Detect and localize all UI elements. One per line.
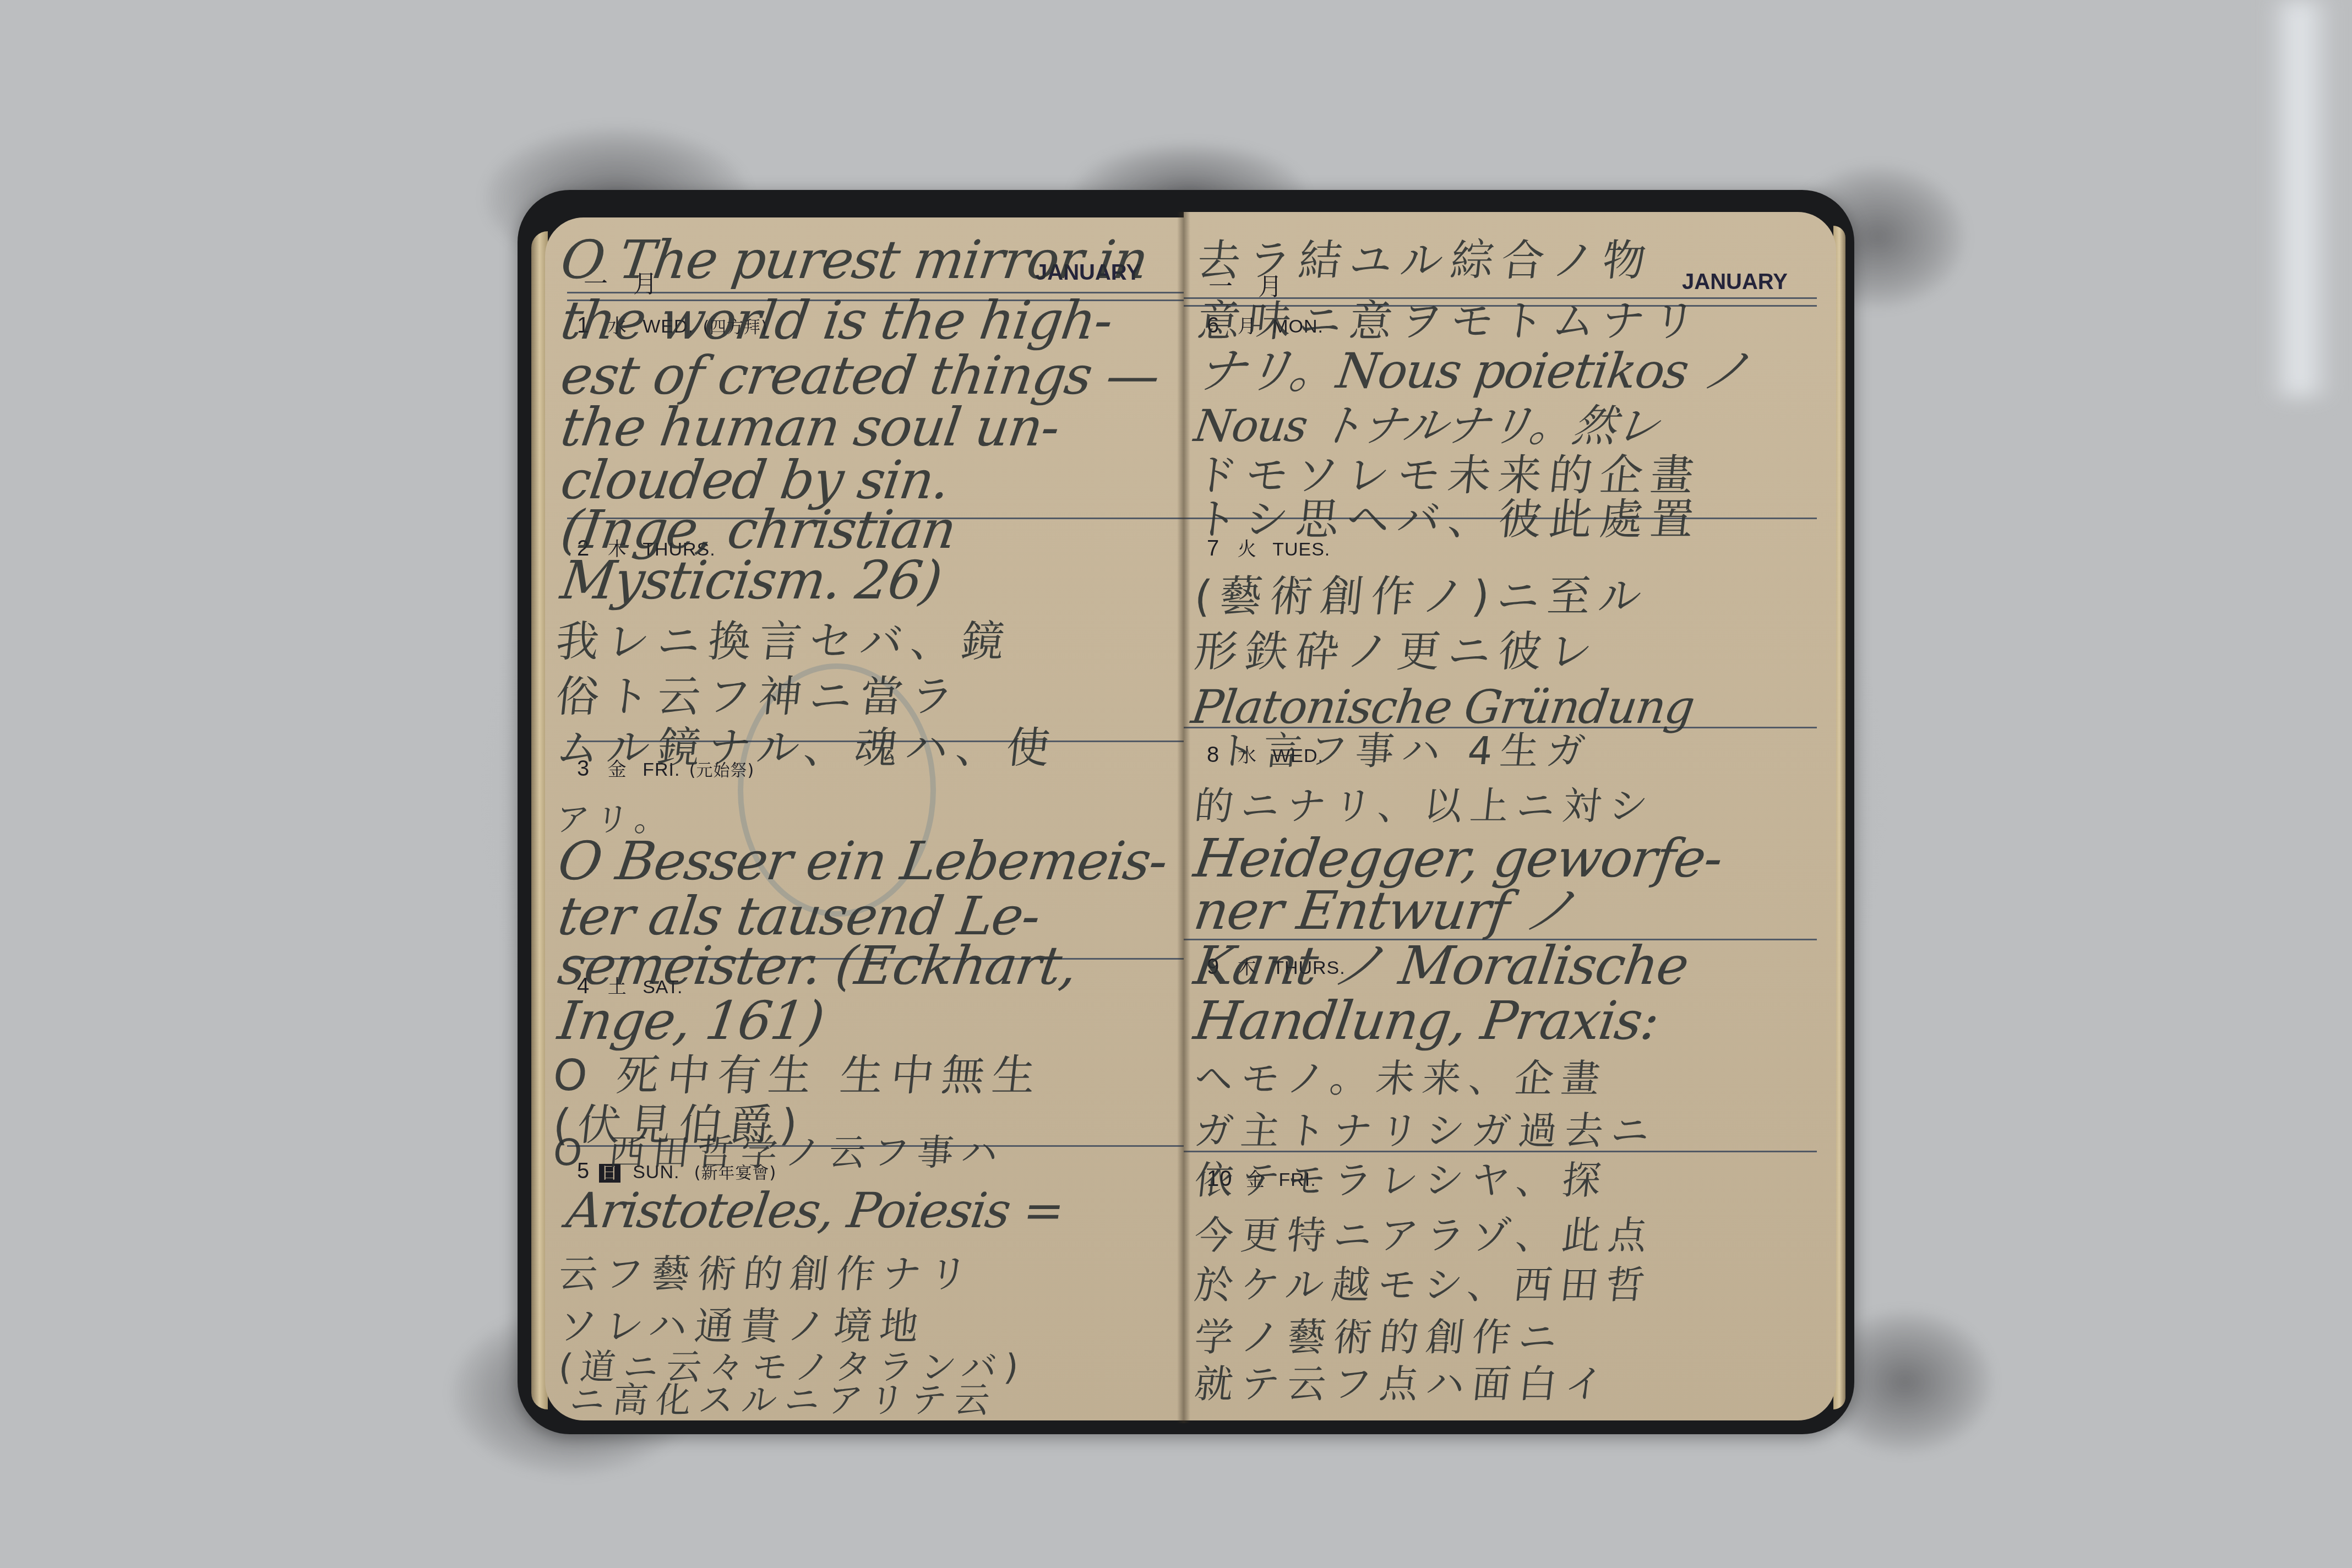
handwritten-line: Aristoteles, Poiesis =	[563, 1178, 1068, 1243]
handwritten-line: トシ思ヘバ、彼此處置	[1191, 487, 1705, 552]
light-glare	[2268, 0, 2334, 396]
handwritten-line: Handlung, Praxis:	[1190, 988, 1663, 1053]
right-diary-page: 一 月 JANUARY 6 月 MON. 7 火 TUES. 8 水 WED. …	[1184, 212, 1836, 1420]
handwritten-line: ムル鏡ナル、魂ハ、使	[553, 716, 1060, 781]
handwritten-line: ニ高化スルニアリテ云	[567, 1368, 1001, 1420]
book-gutter	[1177, 212, 1190, 1423]
left-diary-page: 一 月 JANUARY 1 水 WED. (四方拜) 2 木 THURS. 3 …	[545, 217, 1184, 1420]
handwritten-line: O The purest mirror in	[557, 227, 1152, 292]
handwritten-line: Mysticism. 26)	[557, 548, 945, 613]
handwritten-line: 去ラ結ユル綜合ノ物	[1194, 228, 1657, 293]
handwritten-line: O 西田哲学ノ云フ事ハ	[550, 1120, 1009, 1185]
handwritten-line: 就テ云フ点ハ面白イ	[1191, 1352, 1614, 1417]
